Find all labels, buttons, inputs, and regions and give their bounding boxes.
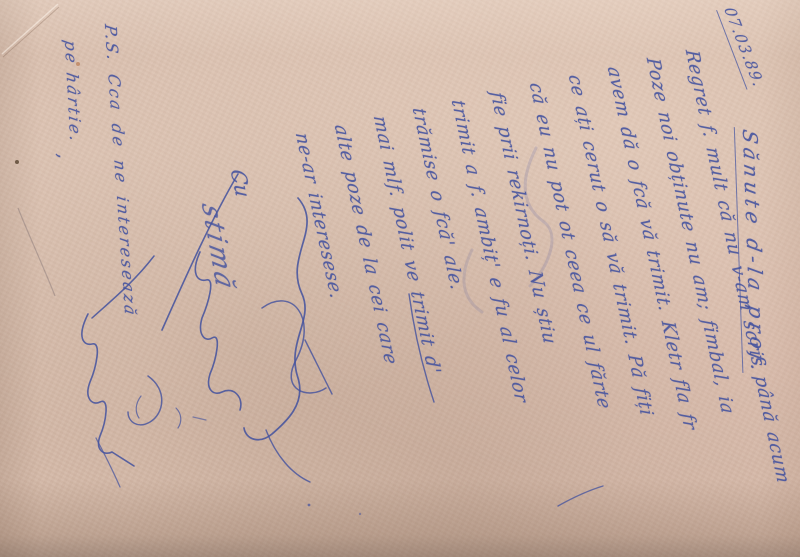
stray-comma: , <box>53 152 74 159</box>
postcard-scan: 07.03.89. Sănute d-la prof. Regret f. mu… <box>0 0 800 557</box>
